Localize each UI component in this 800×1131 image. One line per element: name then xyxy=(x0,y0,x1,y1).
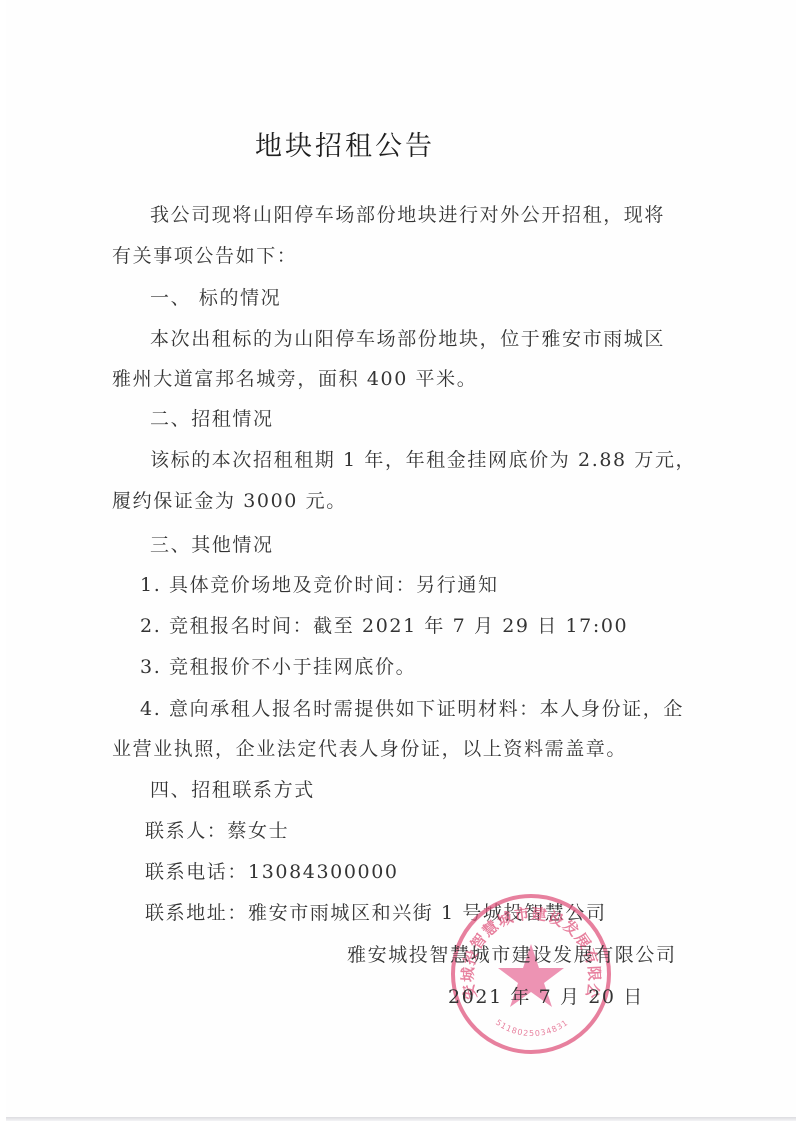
document-title: 地块招租公告 xyxy=(0,124,690,163)
section-1-line-2: 雅州大道富邦名城旁，面积 400 平米。 xyxy=(112,367,477,391)
intro-line-2: 有关事项公告如下： xyxy=(112,244,297,268)
section-2-line-1: 该标的本次招租租期 1 年，年租金挂网底价为 2.88 万元， xyxy=(150,448,696,472)
section-2-heading: 二、招租情况 xyxy=(150,407,274,431)
contact-person: 联系人：蔡女士 xyxy=(145,819,289,843)
section-1-heading: 一、 标的情况 xyxy=(150,286,281,310)
section-3-item-1: 1. 具体竞价场地及竞价时间：另行通知 xyxy=(140,573,499,597)
section-3-item-2: 2. 竞租报名时间：截至 2021 年 7 月 29 日 17:00 xyxy=(140,614,628,638)
contact-address: 联系地址：雅安市雨城区和兴街 1 号城投智慧公司 xyxy=(145,901,607,925)
section-1-line-1: 本次出租标的为山阳停车场部份地块，位于雅安市雨城区 xyxy=(150,327,665,351)
section-3-item-4: 4. 意向承租人报名时需提供如下证明材料：本人身份证，企 xyxy=(140,697,684,721)
signature-date: 2021 年 7 月 20 日 xyxy=(448,985,644,1009)
page-shadow xyxy=(6,1117,796,1121)
section-3-item-3: 3. 竞租报价不小于挂网底价。 xyxy=(140,655,416,679)
section-2-line-2: 履约保证金为 3000 元。 xyxy=(112,489,347,513)
section-3-heading: 三、其他情况 xyxy=(150,533,274,557)
intro-line-1: 我公司现将山阳停车场部份地块进行对外公开招租，现将 xyxy=(150,203,665,227)
section-3-item-4-cont: 业营业执照，企业法定代表人身份证，以上资料需盖章。 xyxy=(112,737,627,761)
section-4-heading: 四、招租联系方式 xyxy=(150,778,315,802)
signature-company: 雅安城投智慧城市建设发展有限公司 xyxy=(347,943,677,967)
contact-phone: 联系电话：13084300000 xyxy=(145,860,399,884)
